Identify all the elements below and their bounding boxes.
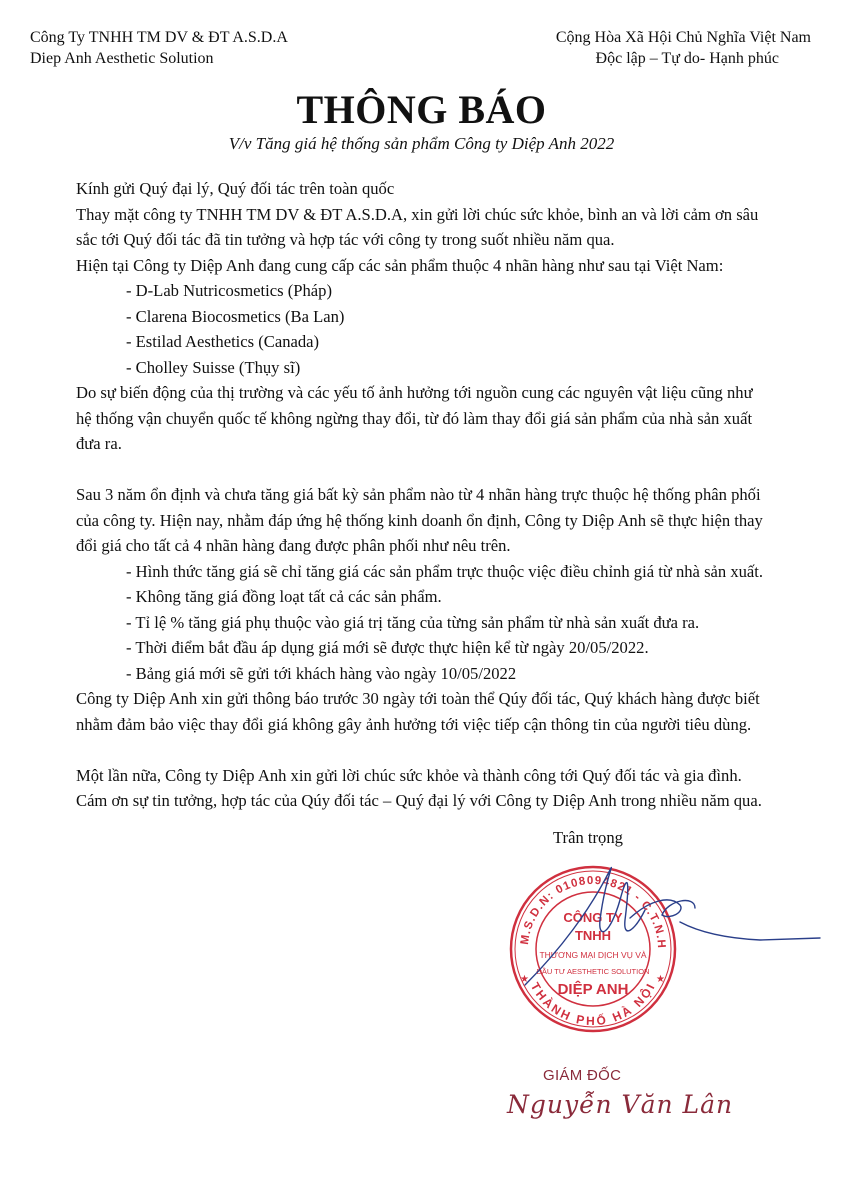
term-item: - Không tăng giá đồng loạt tất cả các sả… [76, 584, 796, 610]
handwritten-signature-icon [520, 860, 830, 990]
signer-name: Nguyễn Văn Lân [507, 1090, 733, 1119]
reason-line: hệ thống vận chuyển quốc tế không ngừng … [76, 406, 796, 432]
company-name: Công Ty TNHH TM DV & ĐT A.S.D.A [30, 27, 288, 48]
thanks-line: Cám ơn sự tin tưởng, hợp tác của Qúy đối… [76, 788, 796, 814]
thanks-line: Một lần nữa, Công ty Diệp Anh xin gửi lờ… [76, 763, 796, 789]
national-motto: Cộng Hòa Xã Hội Chủ Nghĩa Việt Nam Độc l… [556, 27, 811, 69]
country-name: Cộng Hòa Xã Hội Chủ Nghĩa Việt Nam [556, 27, 811, 48]
greeting: Kính gửi Quý đại lý, Quý đối tác trên to… [76, 176, 796, 202]
paragraph-gap [76, 457, 796, 483]
motto: Độc lập – Tự do- Hạnh phúc [556, 48, 811, 69]
brand-item: - Cholley Suisse (Thụy sĩ) [76, 355, 796, 381]
term-item: - Tỉ lệ % tăng giá phụ thuộc vào giá trị… [76, 610, 796, 636]
decision-line: của công ty. Hiện nay, nhằm đáp ứng hệ t… [76, 508, 796, 534]
term-item: - Hình thức tăng giá sẽ chỉ tăng giá các… [76, 559, 796, 585]
term-item: - Thời điểm bắt đầu áp dụng giá mới sẽ đ… [76, 635, 796, 661]
brand-item: - Clarena Biocosmetics (Ba Lan) [76, 304, 796, 330]
signer-role: GIÁM ĐỐC [543, 1067, 621, 1084]
notice-line: Công ty Diệp Anh xin gửi thông báo trước… [76, 686, 796, 712]
document-subject: V/v Tăng giá hệ thống sản phẩm Công ty D… [0, 133, 843, 155]
brand-item: - Estilad Aesthetics (Canada) [76, 329, 796, 355]
reason-line: Do sự biến động của thị trường và các yế… [76, 380, 796, 406]
intro-line: Thay mặt công ty TNHH TM DV & ĐT A.S.D.A… [76, 202, 796, 228]
document-title: THÔNG BÁO [0, 88, 843, 132]
intro-line: sắc tới Quý đối tác đã tin tưởng và hợp … [76, 227, 796, 253]
company-header: Công Ty TNHH TM DV & ĐT A.S.D.A Diep Anh… [30, 27, 288, 69]
notice-line: nhằm đảm bảo việc thay đổi giá không gây… [76, 712, 796, 738]
decision-line: đổi giá cho tất cả 4 nhãn hàng đang được… [76, 533, 796, 559]
brands-intro: Hiện tại Công ty Diệp Anh đang cung cấp … [76, 253, 796, 279]
paragraph-gap [76, 737, 796, 763]
company-english-name: Diep Anh Aesthetic Solution [30, 48, 288, 69]
reason-line: đưa ra. [76, 431, 796, 457]
decision-line: Sau 3 năm ổn định và chưa tăng giá bất k… [76, 482, 796, 508]
term-item: - Bảng giá mới sẽ gửi tới khách hàng vào… [76, 661, 796, 687]
closing-regards: Trân trọng [553, 828, 623, 848]
letter-body: Kính gửi Quý đại lý, Quý đối tác trên to… [76, 176, 796, 814]
brand-item: - D-Lab Nutricosmetics (Pháp) [76, 278, 796, 304]
